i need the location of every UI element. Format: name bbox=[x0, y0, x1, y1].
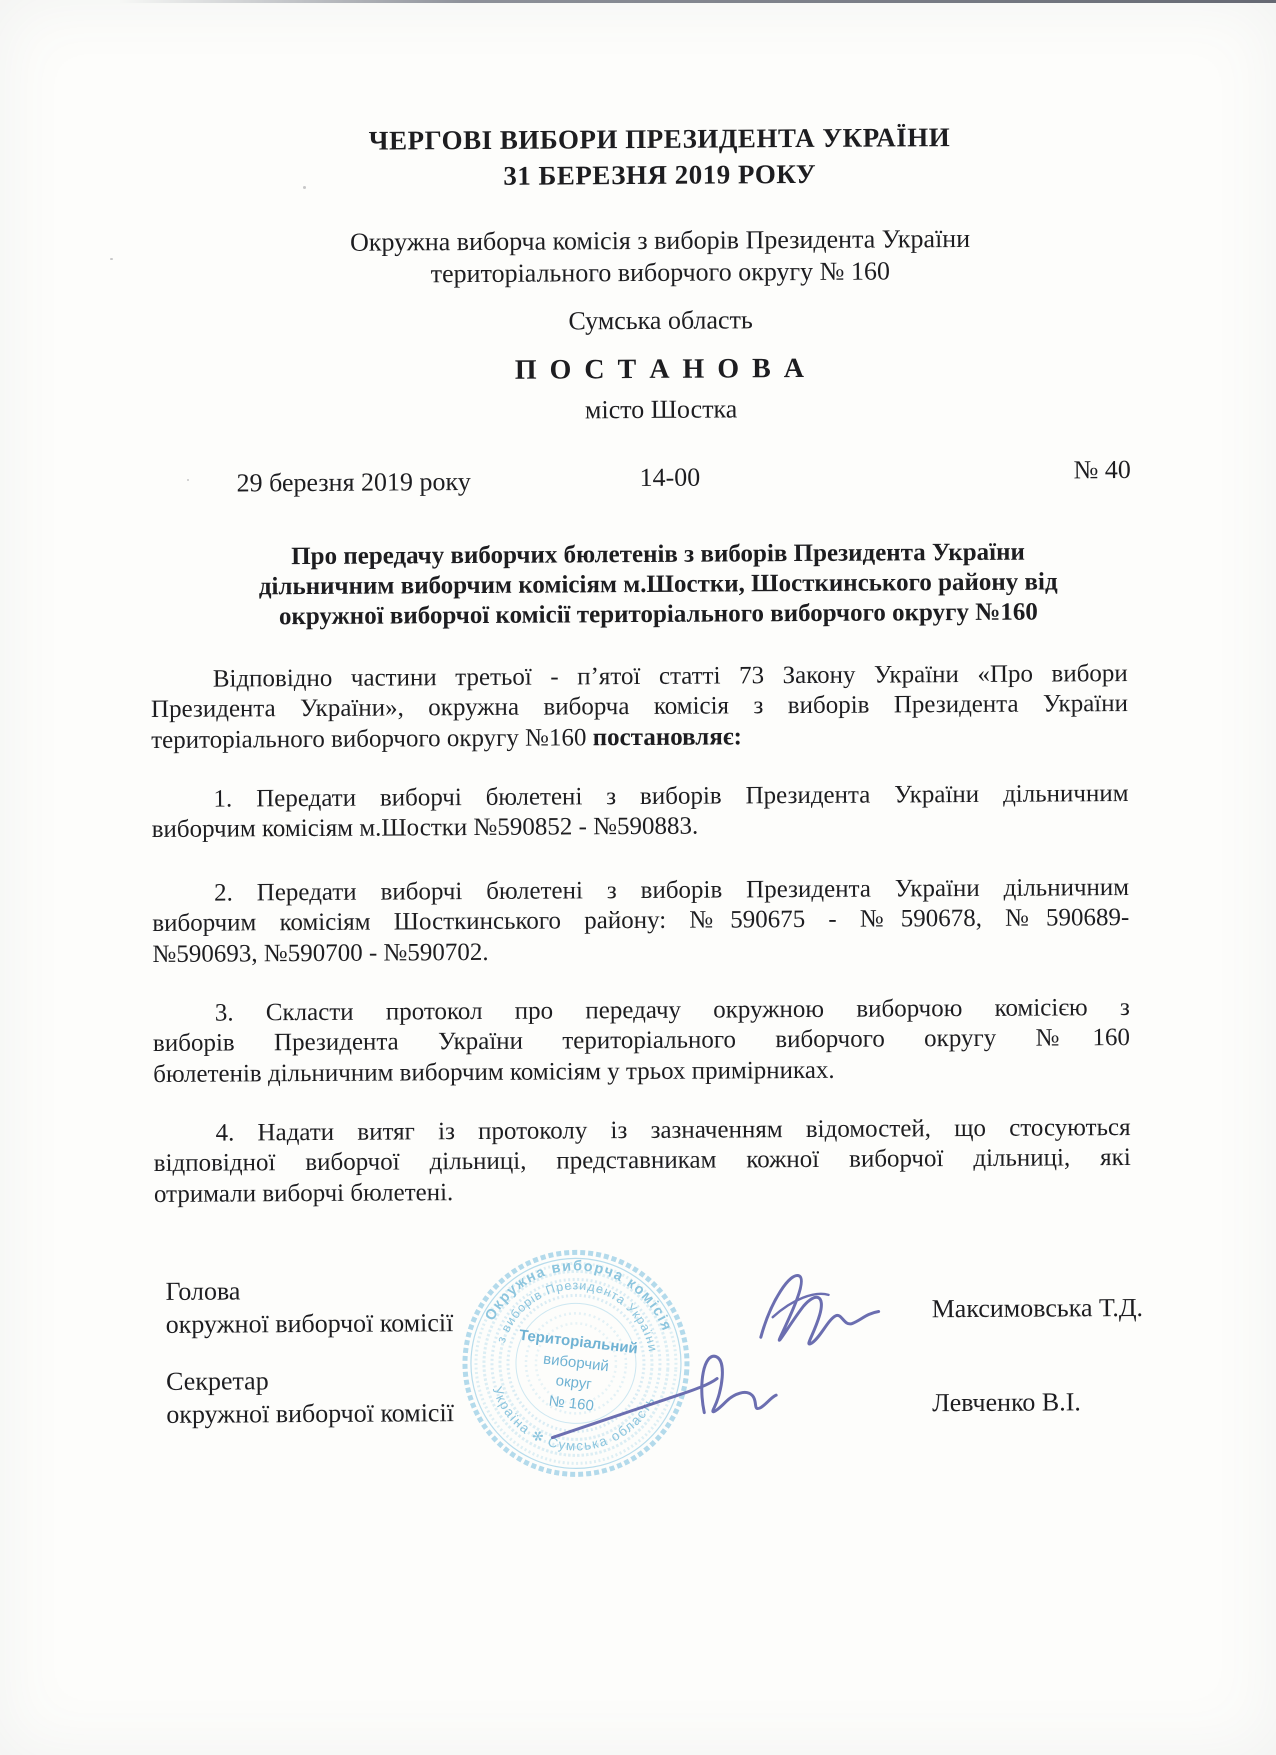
document-content: ЧЕРГОВІ ВИБОРИ ПРЕЗИДЕНТА УКРАЇНИ 31 БЕР… bbox=[0, 0, 1276, 1755]
document-number: № 40 bbox=[1073, 455, 1130, 485]
text-line: отримали виборчі бюлетені. bbox=[154, 1174, 1131, 1210]
text-line: територіального виборчого округу №160 по… bbox=[151, 720, 1128, 756]
document-title-line1: ЧЕРГОВІ ВИБОРИ ПРЕЗИДЕНТА УКРАЇНИ bbox=[0, 120, 1272, 159]
resolution-item-1: 1. Передати виборчі бюлетені з виборів П… bbox=[151, 779, 1128, 846]
text-line: бюлетенів дільничним виборчим комісіям у… bbox=[153, 1054, 1130, 1090]
document-type: П О С Т А Н О В А bbox=[0, 350, 1273, 390]
resolution-item-3: 3. Скласти протокол про передачу окружно… bbox=[153, 993, 1131, 1090]
text-line: відповідної виборчої дільниці, представн… bbox=[154, 1143, 1131, 1179]
text-line: виборчим комісіям м.Шостки №590852 - №59… bbox=[152, 809, 1129, 845]
subject-heading: Про передачу виборчих бюлетенів з виборі… bbox=[158, 537, 1159, 633]
document-time: 14-00 bbox=[639, 463, 700, 493]
document-city: місто Шостка bbox=[0, 391, 1273, 429]
signatures-layer bbox=[2, 1226, 1276, 1524]
text-line: виборчим комісіям Шосткинського району: … bbox=[152, 903, 1129, 939]
commission-line1: Окружна виборча комісія з виборів Презид… bbox=[0, 222, 1272, 260]
signature-secretary-loop bbox=[702, 1356, 777, 1413]
text-line: Президента України», окружна виборча ком… bbox=[151, 689, 1128, 725]
subject-line3: окружної виборчої комісії територіальног… bbox=[158, 597, 1158, 633]
document-title-line2: 31 БЕРЕЗНЯ 2019 РОКУ bbox=[0, 156, 1272, 195]
resolution-item-2: 2. Передати виборчі бюлетені з виборів П… bbox=[152, 873, 1130, 970]
scanned-document-page: ЧЕРГОВІ ВИБОРИ ПРЕЗИДЕНТА УКРАЇНИ 31 БЕР… bbox=[0, 0, 1276, 1755]
text-line: 1. Передати виборчі бюлетені з виборів П… bbox=[151, 779, 1128, 815]
text-line: виборів Президента України територіально… bbox=[153, 1023, 1130, 1059]
preamble-bold-text: постановляє: bbox=[593, 723, 742, 751]
preamble-regular-text: територіального виборчого округу №160 bbox=[151, 724, 586, 754]
document-date: 29 березня 2019 року bbox=[236, 467, 470, 498]
resolution-item-4: 4. Надати витяг із протоколу із зазначен… bbox=[153, 1113, 1131, 1210]
region-line: Сумська область bbox=[0, 302, 1273, 340]
signature-secretary bbox=[552, 1379, 717, 1438]
preamble-paragraph: Відповідно частини третьої - п’ятої стат… bbox=[151, 659, 1129, 756]
commission-line2: територіального виборчого округу № 160 bbox=[0, 254, 1272, 292]
text-line: №590693, №590700 - №590702. bbox=[152, 934, 1129, 970]
signature-head bbox=[760, 1275, 878, 1344]
